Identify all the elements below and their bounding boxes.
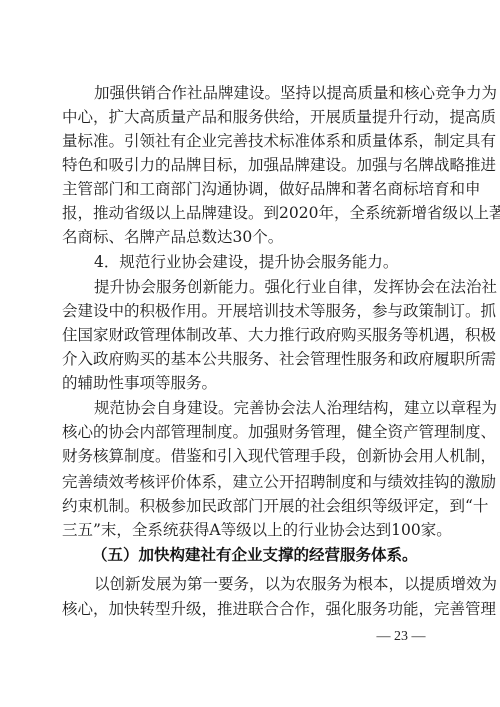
paragraph-brand-line-2: 中心，扩大高质量产品和服务供给，开展质量提升行动，提高质 [62,105,435,129]
paragraph-brand-line-6: 报，推动省级以上品牌建设。到2020年，全系统新增省级以上著 [62,201,435,225]
section-heading-4: 4．规范行业协会建设，提升协会服务能力。 [94,250,435,274]
paragraph-service-line-1: 以创新发展为第一要务，以为农服务为根本，以提质增效为 [94,572,435,596]
paragraph-brand-line-3: 量标准。引领社有企业完善技术标准体系和质量体系，制定具有 [62,129,435,153]
paragraph-selfbuild-line-2: 核心的协会内部管理制度。加强财务管理，健全资产管理制度、 [62,420,435,444]
paragraph-service-line-2: 核心，加快转型升级，推进联合合作，强化服务功能，完善管理 [62,597,435,621]
paragraph-brand-line-4: 特色和吸引力的品牌目标，加强品牌建设。加强与名牌战略推进 [62,153,435,177]
paragraph-brand-line-7: 名商标、名牌产品总数达30个。 [62,225,435,249]
section-heading-5: （五）加快构建社有企业支撑的经营服务体系。 [92,543,392,567]
paragraph-selfbuild-line-6: 三五”末，全系统获得A等级以上的行业协会达到100家。 [62,518,435,542]
paragraph-brand-line-1: 加强供销合作社品牌建设。坚持以提高质量和核心竞争力为 [94,81,435,105]
paragraph-innovation-line-3: 住国家财政管理体制改革、大力推行政府购买服务等机遇，积极 [62,323,435,347]
paragraph-brand-line-5: 主管部门和工商部门沟通协调，做好品牌和著名商标培育和申 [62,177,435,201]
paragraph-innovation-line-5: 的辅助性事项等服务。 [62,371,435,395]
document-page: 加强供销合作社品牌建设。坚持以提高质量和核心竞争力为 中心，扩大高质量产品和服务… [0,0,500,707]
paragraph-selfbuild-line-4: 完善绩效考核评价体系，建立公开招聘制度和与绩效挂钩的激励 [62,470,435,494]
paragraph-innovation-line-4: 介入政府购买的基本公共服务、社会管理性服务和政府履职所需 [62,347,435,371]
paragraph-selfbuild-line-1: 规范协会自身建设。完善协会法人治理结构，建立以章程为 [94,396,435,420]
paragraph-innovation-line-1: 提升协会服务创新能力。强化行业自律，发挥协会在法治社 [94,275,435,299]
paragraph-selfbuild-line-3: 财务核算制度。借鉴和引入现代管理手段，创新协会用人机制， [62,444,435,468]
paragraph-selfbuild-line-5: 约束机制。积极参加民政部门开展的社会组织等级评定，到“十 [62,494,435,518]
paragraph-innovation-line-2: 会建设中的积极作用。开展培训技术等服务，参与政策制订。抓 [62,299,435,323]
page-number: — 23 — [376,627,426,647]
